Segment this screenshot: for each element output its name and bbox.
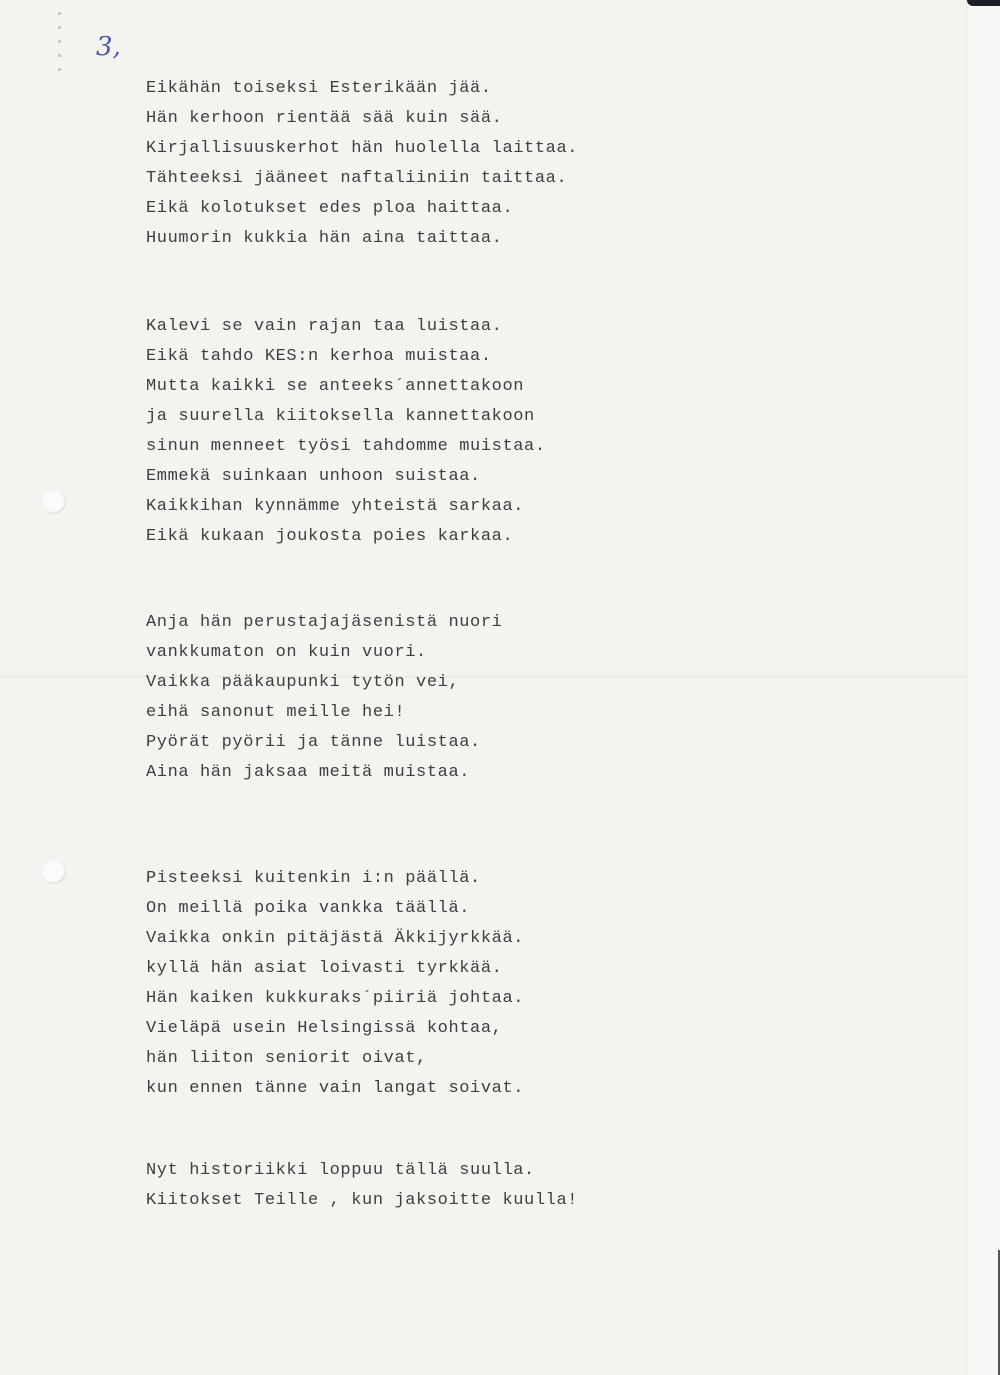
stanza-5: Nyt historiikki loppuu tällä suulla. Kii…	[146, 1156, 578, 1216]
verse-line: vankkumaton on kuin vuori.	[146, 638, 502, 668]
verse-line: Pyörät pyörii ja tänne luistaa.	[146, 728, 502, 758]
verse-line: On meillä poika vankka täällä.	[146, 894, 524, 924]
punch-hole-icon	[42, 860, 66, 884]
verse-line: Eikähän toiseksi Esterikään jää.	[146, 74, 578, 104]
verse-line: hän liiton seniorit oivat,	[146, 1044, 524, 1074]
scanner-corner-shadow	[967, 0, 1000, 6]
stanza-3: Anja hän perustajajäsenistä nuori vankku…	[146, 608, 502, 788]
verse-line: Emmekä suinkaan unhoon suistaa.	[146, 462, 546, 492]
verse-line: Vieläpä usein Helsingissä kohtaa,	[146, 1014, 524, 1044]
verse-line: Mutta kaikki se anteeks´annettakoon	[146, 372, 546, 402]
verse-line: kyllä hän asiat loivasti tyrkkää.	[146, 954, 524, 984]
stanza-2: Kalevi se vain rajan taa luistaa. Eikä t…	[146, 312, 546, 552]
scanner-edge-strip	[966, 0, 1000, 1375]
verse-line: Vaikka onkin pitäjästä Äkkijyrkkää.	[146, 924, 524, 954]
punch-hole-icon	[42, 490, 66, 514]
verse-line: Vaikka pääkaupunki tytön vei,	[146, 668, 502, 698]
verse-line: Eikä tahdo KES:n kerhoa muistaa.	[146, 342, 546, 372]
verse-line: kun ennen tänne vain langat soivat.	[146, 1074, 524, 1104]
verse-line: Huumorin kukkia hän aina taittaa.	[146, 224, 578, 254]
verse-line: Kalevi se vain rajan taa luistaa.	[146, 312, 546, 342]
verse-line: Kaikkihan kynnämme yhteistä sarkaa.	[146, 492, 546, 522]
verse-line: eihä sanonut meille hei!	[146, 698, 502, 728]
margin-marks	[58, 12, 61, 82]
verse-line: Tähteeksi jääneet naftaliiniin taittaa.	[146, 164, 578, 194]
verse-line: sinun menneet työsi tahdomme muistaa.	[146, 432, 546, 462]
verse-line: Eikä kukaan joukosta poies karkaa.	[146, 522, 546, 552]
verse-line: ja suurella kiitoksella kannettakoon	[146, 402, 546, 432]
verse-line: Hän kaiken kukkuraks´piiriä johtaa.	[146, 984, 524, 1014]
handwritten-page-number: 3,	[96, 32, 121, 62]
verse-line: Pisteeksi kuitenkin i:n päällä.	[146, 864, 524, 894]
verse-line: Nyt historiikki loppuu tällä suulla.	[146, 1156, 578, 1186]
stanza-1: Eikähän toiseksi Esterikään jää. Hän ker…	[146, 74, 578, 254]
stanza-4: Pisteeksi kuitenkin i:n päällä. On meill…	[146, 864, 524, 1104]
verse-line: Anja hän perustajajäsenistä nuori	[146, 608, 502, 638]
verse-line: Kirjallisuuskerhot hän huolella laittaa.	[146, 134, 578, 164]
verse-line: Hän kerhoon rientää sää kuin sää.	[146, 104, 578, 134]
verse-line: Kiitokset Teille , kun jaksoitte kuulla!	[146, 1186, 578, 1216]
verse-line: Eikä kolotukset edes ploa haittaa.	[146, 194, 578, 224]
verse-line: Aina hän jaksaa meitä muistaa.	[146, 758, 502, 788]
